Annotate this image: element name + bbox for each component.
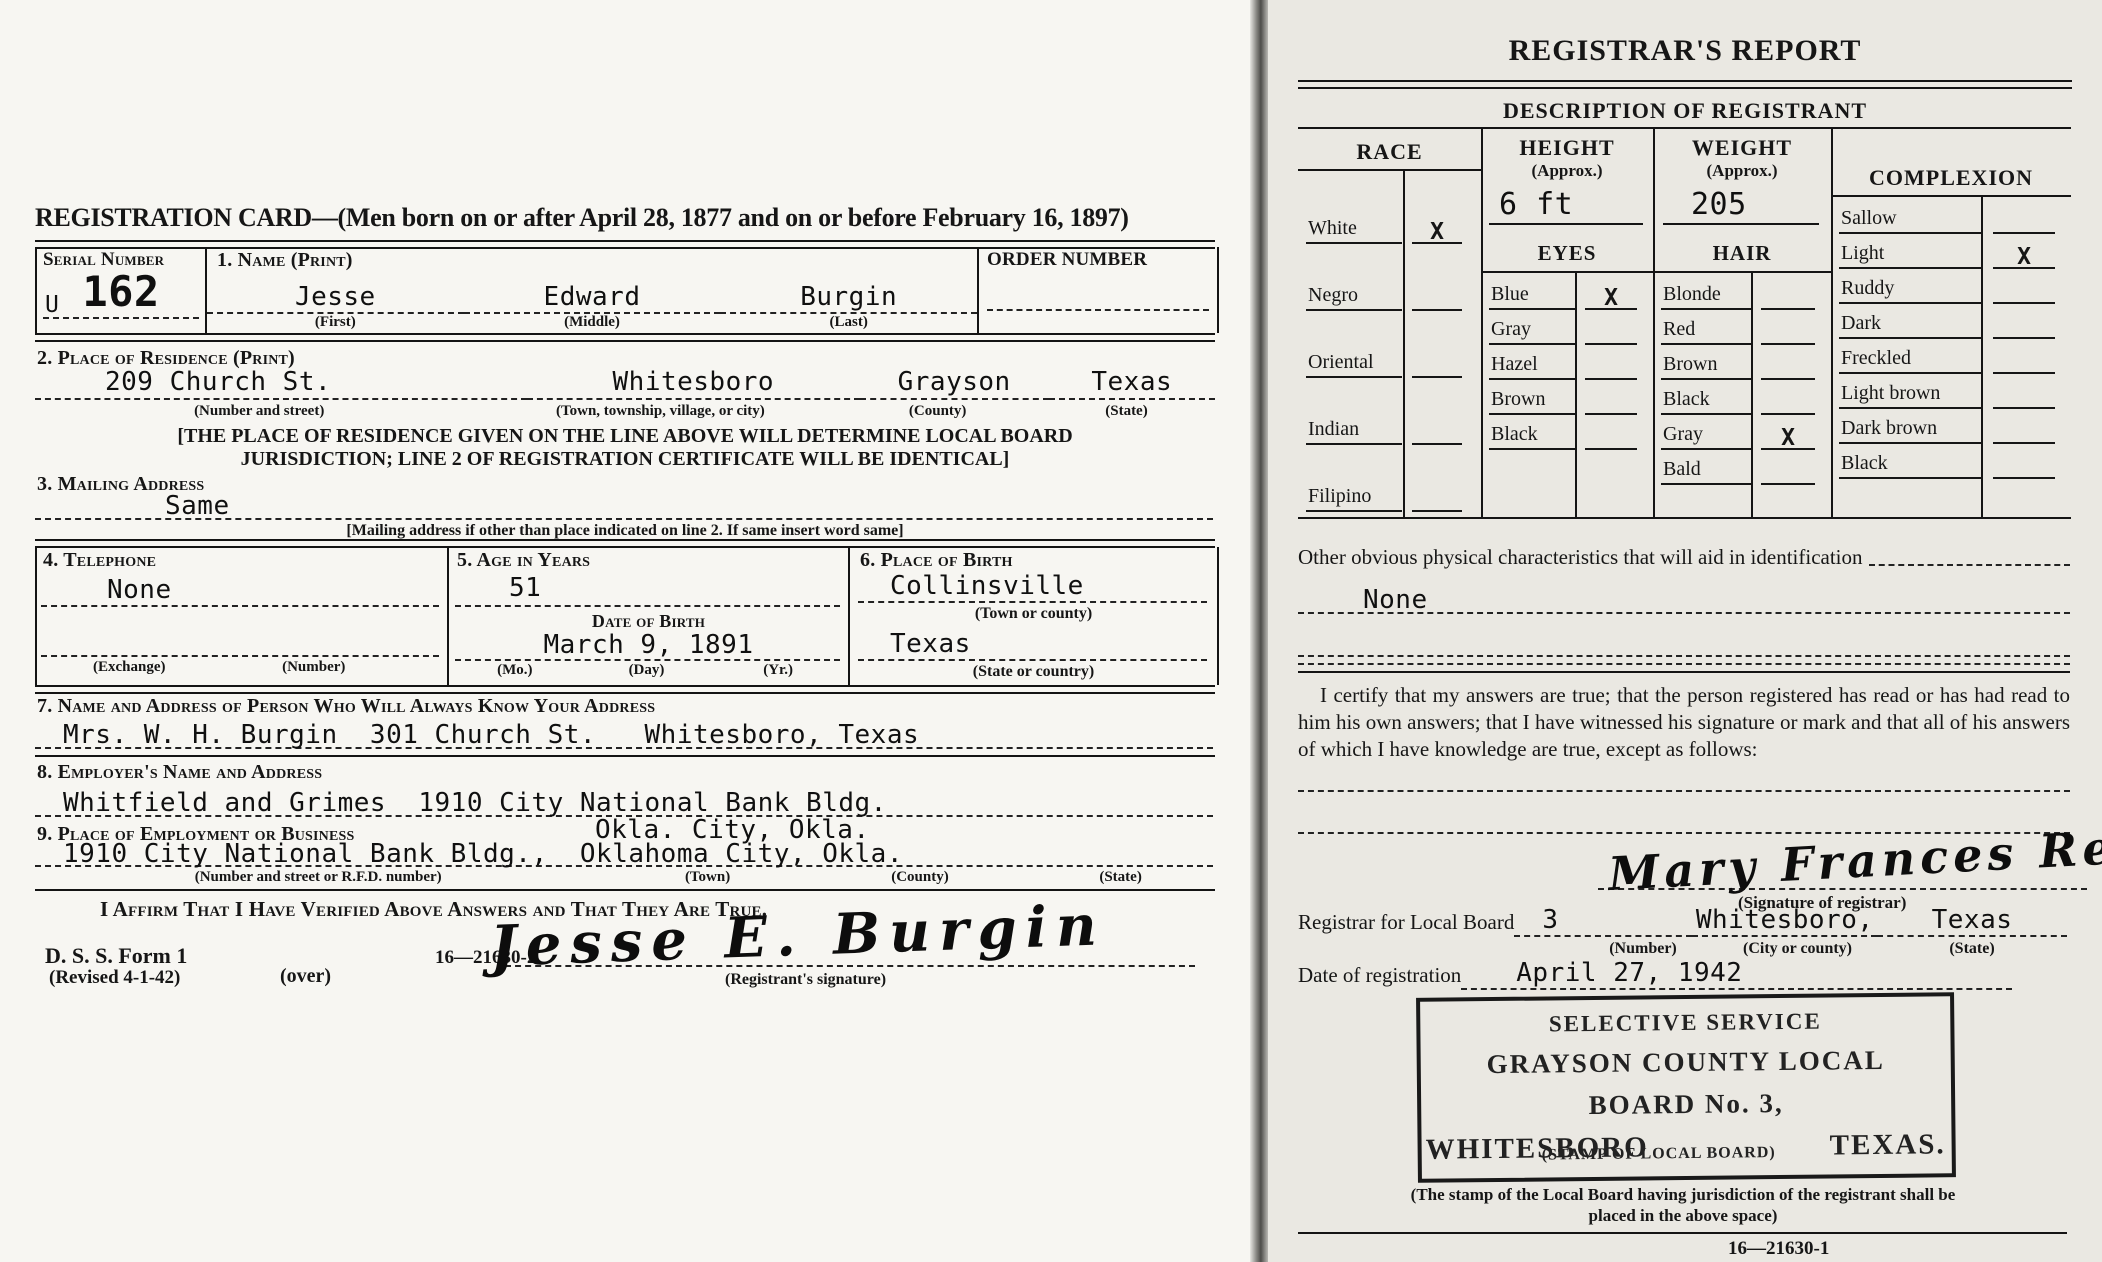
complexion-column: COMPLEXION Sallow Light X bbox=[1831, 129, 2071, 517]
stamp-line-2: GRAYSON COUNTY LOCAL bbox=[1487, 1045, 1885, 1080]
mailing-caption: [Mailing address if other than place ind… bbox=[35, 522, 1215, 540]
race-rows: White X Negro Oriental bbox=[1306, 177, 1475, 512]
eye-option-mark bbox=[1585, 343, 1637, 345]
stamp-of-local-board-caption: (STAMP OF LOCAL BOARD) bbox=[1542, 1144, 1776, 1164]
telephone-label: 4. Telephone bbox=[43, 549, 156, 572]
birthplace-state-line bbox=[858, 659, 1207, 661]
hair-header: HAIR bbox=[1653, 241, 1831, 266]
eye-option-mark bbox=[1585, 378, 1637, 380]
residence-street-caption: (Number and street) bbox=[35, 403, 483, 420]
over-note: (over) bbox=[280, 965, 331, 988]
order-number-line bbox=[987, 309, 1209, 311]
registration-date-value: April 27, 1942 bbox=[1461, 958, 2012, 990]
form-number: D. S. S. Form 1 bbox=[45, 943, 187, 969]
height-header-text: HEIGHT bbox=[1519, 135, 1614, 160]
complexion-rows: Sallow Light X Ruddy bbox=[1839, 199, 2065, 479]
form-revision: (Revised 4-1-42) bbox=[49, 967, 180, 989]
name-last-col: Burgin (Last) bbox=[720, 282, 977, 331]
age-value: 51 bbox=[509, 573, 541, 603]
complexion-option-mark: X bbox=[1993, 247, 2055, 269]
description-table: RACE White X Negro bbox=[1298, 127, 2071, 519]
divider bbox=[35, 755, 1215, 757]
contact-label: 7. Name and Address of Person Who Will A… bbox=[37, 695, 655, 718]
stamp-line-3: BOARD No. 3, bbox=[1589, 1088, 1784, 1121]
telephone-cell: 4. Telephone None (Exchange) (Number) bbox=[37, 547, 449, 685]
dob-value: March 9, 1891 bbox=[449, 630, 848, 660]
race-option-mark bbox=[1412, 376, 1462, 378]
race-option-label: Oriental bbox=[1306, 351, 1402, 378]
complexion-option-label: Sallow bbox=[1839, 207, 1983, 234]
weight-header: WEIGHT (Approx.) bbox=[1653, 135, 1831, 181]
registrars-report-card: REGISTRAR'S REPORT DESCRIPTION OF REGIST… bbox=[1268, 0, 2102, 1262]
age-cell: 5. Age in Years 51 Date of Birth March 9… bbox=[449, 547, 850, 685]
weight-header-text: WEIGHT bbox=[1692, 135, 1792, 160]
order-number-label: ORDER NUMBER bbox=[987, 249, 1147, 271]
name-first-value: Jesse bbox=[207, 282, 464, 314]
local-board-state-caption: (State) bbox=[1877, 940, 2067, 958]
stamp-note: (The stamp of the Local Board having jur… bbox=[1398, 1184, 1968, 1226]
residence-state-value: Texas bbox=[1049, 367, 1216, 400]
divider bbox=[35, 685, 1215, 694]
birthplace-state-caption: (State or country) bbox=[850, 663, 1217, 681]
hair-option-label: Bald bbox=[1661, 458, 1751, 485]
eye-row: Gray bbox=[1489, 310, 1647, 345]
telephone-value: None bbox=[107, 575, 172, 605]
height-approx-caption: (Approx.) bbox=[1481, 161, 1653, 181]
divider bbox=[1298, 80, 2072, 89]
residence-county-caption: (County) bbox=[837, 403, 1038, 420]
name-first-caption: (First) bbox=[207, 314, 464, 331]
order-number-cell: ORDER NUMBER bbox=[979, 247, 1217, 333]
employer-label: 8. Employer's Name and Address bbox=[37, 761, 322, 784]
hair-option-label: Blonde bbox=[1661, 283, 1751, 310]
complexion-row: Dark brown bbox=[1839, 409, 2065, 444]
employment-county-caption: (County) bbox=[814, 869, 1026, 886]
complexion-option-mark bbox=[1993, 477, 2055, 479]
serial-number-value: 162 bbox=[37, 267, 205, 316]
height-header: HEIGHT (Approx.) bbox=[1481, 135, 1653, 181]
report-title: REGISTRAR'S REPORT bbox=[1268, 34, 2102, 68]
hair-row: Black bbox=[1661, 380, 1825, 415]
card-title: REGISTRATION CARD—(Men born on or after … bbox=[35, 203, 1129, 233]
weight-value: 205 bbox=[1691, 187, 1747, 222]
complexion-option-label: Freckled bbox=[1839, 347, 1983, 374]
local-board-stamp: SELECTIVE SERVICE GRAYSON COUNTY LOCAL B… bbox=[1416, 992, 1956, 1183]
complexion-option-mark bbox=[1993, 302, 2055, 304]
registration-date-label: Date of registration bbox=[1298, 963, 1461, 990]
local-board-state: Texas bbox=[1877, 905, 2067, 937]
race-option-label: White bbox=[1306, 217, 1402, 244]
residence-town-value: Whitesboro bbox=[527, 367, 860, 400]
eye-option-label: Brown bbox=[1489, 388, 1575, 415]
name-grid: Jesse (First) Edward (Middle) Burgin (La… bbox=[207, 282, 977, 331]
telephone-exchange-caption: (Exchange) bbox=[37, 659, 222, 676]
race-option-mark: X bbox=[1412, 222, 1462, 244]
complexion-header: COMPLEXION bbox=[1831, 165, 2071, 191]
registration-date-line: Date of registration April 27, 1942 bbox=[1298, 958, 2012, 990]
employment-street-caption: (Number and street or R.F.D. number) bbox=[35, 869, 601, 886]
tel-age-birth-row: 4. Telephone None (Exchange) (Number) 5.… bbox=[35, 547, 1219, 685]
complexion-row: Light X bbox=[1839, 234, 2065, 269]
residence-street-value: 209 Church St. bbox=[35, 367, 527, 400]
name-middle-caption: (Middle) bbox=[464, 314, 721, 331]
stamp-state: TEXAS. bbox=[1829, 1128, 1945, 1162]
weight-approx-caption: (Approx.) bbox=[1653, 161, 1831, 181]
divider bbox=[1298, 1232, 2067, 1234]
eye-row: Brown bbox=[1489, 380, 1647, 415]
telephone-number-caption: (Number) bbox=[222, 659, 407, 676]
employment-state-caption: (State) bbox=[1026, 869, 1215, 886]
eye-rows: Blue X Gray Hazel bbox=[1489, 275, 1647, 450]
complexion-row: Freckled bbox=[1839, 339, 2065, 374]
birthplace-label: 6. Place of Birth bbox=[860, 549, 1013, 572]
other-characteristics-label: Other obvious physical characteristics t… bbox=[1298, 545, 1863, 570]
hair-option-label: Red bbox=[1661, 318, 1751, 345]
serial-line bbox=[43, 317, 199, 319]
hair-row: Gray X bbox=[1661, 415, 1825, 450]
dob-month-caption: (Mo.) bbox=[449, 662, 581, 679]
complexion-option-mark bbox=[1993, 232, 2055, 234]
name-middle-col: Edward (Middle) bbox=[464, 282, 721, 331]
spacer bbox=[1298, 940, 1568, 958]
stamp-bottom-row: WHITESBORO TEXAS. (STAMP OF LOCAL BOARD) bbox=[1421, 1128, 1951, 1168]
eye-option-label: Blue bbox=[1489, 283, 1575, 310]
residence-state-caption: (State) bbox=[1038, 403, 1215, 420]
race-row: Filipino bbox=[1306, 445, 1475, 512]
report-print-code: 16—21630-1 bbox=[1728, 1238, 1829, 1260]
local-board-line: Registrar for Local Board 3 Whitesboro, … bbox=[1298, 905, 2067, 937]
eye-row: Hazel bbox=[1489, 345, 1647, 380]
eyes-header-rule bbox=[1481, 271, 1653, 273]
race-header: RACE bbox=[1298, 139, 1481, 165]
report-subtitle: DESCRIPTION OF REGISTRANT bbox=[1268, 98, 2102, 124]
local-board-city: Whitesboro, bbox=[1692, 905, 1877, 937]
complexion-row: Dark bbox=[1839, 304, 2065, 339]
complexion-option-label: Light brown bbox=[1839, 382, 1983, 409]
hair-row: Brown bbox=[1661, 345, 1825, 380]
eye-option-label: Black bbox=[1489, 423, 1575, 450]
race-row: Negro bbox=[1306, 244, 1475, 311]
race-header-rule bbox=[1298, 169, 1481, 171]
eye-option-label: Hazel bbox=[1489, 353, 1575, 380]
local-board-city-caption: (City or county) bbox=[1718, 940, 1877, 958]
complexion-option-label: Dark brown bbox=[1839, 417, 1983, 444]
hair-option-label: Black bbox=[1661, 388, 1751, 415]
complexion-row: Light brown bbox=[1839, 374, 2065, 409]
blank-line bbox=[1298, 655, 2070, 657]
jurisdiction-note: [THE PLACE OF RESIDENCE GIVEN ON THE LIN… bbox=[35, 425, 1215, 471]
residence-county-value: Grayson bbox=[860, 367, 1049, 400]
race-option-label: Negro bbox=[1306, 284, 1402, 311]
jurisdiction-note-line1: [THE PLACE OF RESIDENCE GIVEN ON THE LIN… bbox=[35, 425, 1215, 448]
complexion-option-label: Ruddy bbox=[1839, 277, 1983, 304]
scan-divider bbox=[1250, 0, 1268, 1262]
height-value-line bbox=[1489, 223, 1643, 225]
hair-row: Bald bbox=[1661, 450, 1825, 485]
employment-town-caption: (Town) bbox=[601, 869, 813, 886]
hair-option-label: Gray bbox=[1661, 423, 1751, 450]
serial-number-cell: Serial Number U 162 bbox=[37, 247, 207, 333]
other-characteristics-value: None bbox=[1363, 585, 1428, 615]
residence-line: 209 Church St. Whitesboro Grayson Texas bbox=[35, 367, 1215, 400]
local-board-label: Registrar for Local Board bbox=[1298, 910, 1514, 937]
birthplace-town-caption: (Town or county) bbox=[850, 605, 1217, 623]
birthplace-town-line bbox=[858, 601, 1207, 603]
birthplace-state-value: Texas bbox=[890, 629, 971, 659]
employment-value: 1910 City National Bank Bldg., Oklahoma … bbox=[63, 839, 903, 869]
race-row: Indian bbox=[1306, 378, 1475, 445]
height-eyes-column: HEIGHT (Approx.) 6 ft EYES Blue X bbox=[1481, 129, 1653, 517]
draft-card-scan: REGISTRATION CARD—(Men born on or after … bbox=[0, 0, 2102, 1262]
complexion-option-mark bbox=[1993, 407, 2055, 409]
race-option-mark bbox=[1412, 443, 1462, 445]
certification-text: I certify that my answers are true; that… bbox=[1298, 682, 2070, 763]
complexion-option-mark bbox=[1993, 442, 2055, 444]
residence-captions: (Number and street) (Town, township, vil… bbox=[35, 403, 1215, 420]
hair-option-mark bbox=[1761, 378, 1815, 380]
divider bbox=[35, 889, 1215, 891]
complexion-option-label: Light bbox=[1839, 242, 1983, 269]
complexion-option-mark bbox=[1993, 372, 2055, 374]
jurisdiction-note-line2: JURISDICTION; LINE 2 OF REGISTRATION CER… bbox=[35, 448, 1215, 471]
serial-name-order-row: Serial Number U 162 1. Name (Print) Jess… bbox=[35, 247, 1219, 333]
eye-row: Blue X bbox=[1489, 275, 1647, 310]
mailing-value: Same bbox=[165, 491, 230, 521]
name-cell: 1. Name (Print) Jesse (First) Edward (Mi… bbox=[207, 247, 979, 333]
race-option-mark bbox=[1412, 309, 1462, 311]
complexion-header-rule bbox=[1831, 195, 2071, 197]
race-option-mark bbox=[1412, 510, 1462, 512]
name-first-col: Jesse (First) bbox=[207, 282, 464, 331]
hair-option-mark bbox=[1761, 308, 1815, 310]
dob-label: Date of Birth bbox=[449, 611, 848, 632]
race-row: White X bbox=[1306, 177, 1475, 244]
birthplace-cell: 6. Place of Birth Collinsville (Town or … bbox=[850, 547, 1217, 685]
hair-rows: Blonde Red Brown bbox=[1661, 275, 1825, 485]
race-option-label: Filipino bbox=[1306, 485, 1402, 512]
name-last-caption: (Last) bbox=[720, 314, 977, 331]
hair-option-mark bbox=[1761, 413, 1815, 415]
employer-value: Whitfield and Grimes 1910 City National … bbox=[63, 788, 887, 818]
hair-row: Blonde bbox=[1661, 275, 1825, 310]
contact-value: Mrs. W. H. Burgin 301 Church St. Whitesb… bbox=[63, 720, 919, 750]
race-row: Oriental bbox=[1306, 311, 1475, 378]
hair-row: Red bbox=[1661, 310, 1825, 345]
divider bbox=[35, 333, 1215, 342]
eye-option-mark bbox=[1585, 448, 1637, 450]
birthplace-town-value: Collinsville bbox=[890, 571, 1084, 601]
eye-option-mark: X bbox=[1585, 288, 1637, 310]
name-label: 1. Name (Print) bbox=[217, 249, 353, 272]
dob-line bbox=[455, 659, 840, 661]
complexion-row: Black bbox=[1839, 444, 2065, 479]
race-column: RACE White X Negro bbox=[1298, 129, 1481, 517]
other-characteristics-tail bbox=[1869, 564, 2070, 566]
age-line bbox=[455, 605, 840, 607]
complexion-option-label: Black bbox=[1839, 452, 1983, 479]
dob-day-caption: (Day) bbox=[581, 662, 713, 679]
weight-hair-column: WEIGHT (Approx.) 205 HAIR Blonde bbox=[1653, 129, 1831, 517]
employment-captions: (Number and street or R.F.D. number) (To… bbox=[35, 869, 1215, 886]
hair-option-mark bbox=[1761, 343, 1815, 345]
residence-town-caption: (Town, township, village, or city) bbox=[483, 403, 837, 420]
local-board-number-caption: (Number) bbox=[1568, 940, 1718, 958]
complexion-row: Sallow bbox=[1839, 199, 2065, 234]
local-board-number: 3 bbox=[1514, 905, 1692, 937]
registrant-signature-caption: (Registrant's signature) bbox=[725, 971, 886, 989]
telephone-captions: (Exchange) (Number) bbox=[37, 659, 447, 676]
dob-captions: (Mo.) (Day) (Yr.) bbox=[449, 662, 848, 679]
hair-option-mark bbox=[1761, 483, 1815, 485]
other-characteristics: Other obvious physical characteristics t… bbox=[1298, 545, 2070, 570]
age-label: 5. Age in Years bbox=[457, 549, 590, 572]
hair-header-rule bbox=[1653, 271, 1831, 273]
divider-dashed bbox=[1298, 663, 2070, 665]
height-value: 6 ft bbox=[1499, 187, 1573, 222]
registration-card-scan: REGISTRATION CARD—(Men born on or after … bbox=[0, 0, 1262, 1262]
eye-option-label: Gray bbox=[1489, 318, 1575, 345]
complexion-option-label: Dark bbox=[1839, 312, 1983, 339]
dob-year-caption: (Yr.) bbox=[712, 662, 844, 679]
exception-line-1 bbox=[1298, 790, 2070, 792]
eye-row: Black bbox=[1489, 415, 1647, 450]
eyes-header: EYES bbox=[1481, 241, 1653, 266]
divider bbox=[1298, 671, 2070, 673]
telephone-line2 bbox=[41, 655, 439, 657]
hair-option-label: Brown bbox=[1661, 353, 1751, 380]
name-last-value: Burgin bbox=[720, 282, 977, 314]
race-option-label: Indian bbox=[1306, 418, 1402, 445]
hair-option-mark: X bbox=[1761, 428, 1815, 450]
eye-option-mark bbox=[1585, 413, 1637, 415]
weight-value-line bbox=[1663, 223, 1819, 225]
telephone-line bbox=[41, 605, 439, 607]
stamp-line-1: SELECTIVE SERVICE bbox=[1549, 1009, 1822, 1038]
name-middle-value: Edward bbox=[464, 282, 721, 314]
local-board-captions: (Number) (City or county) (State) bbox=[1298, 940, 2067, 958]
complexion-row: Ruddy bbox=[1839, 269, 2065, 304]
complexion-option-mark bbox=[1993, 337, 2055, 339]
